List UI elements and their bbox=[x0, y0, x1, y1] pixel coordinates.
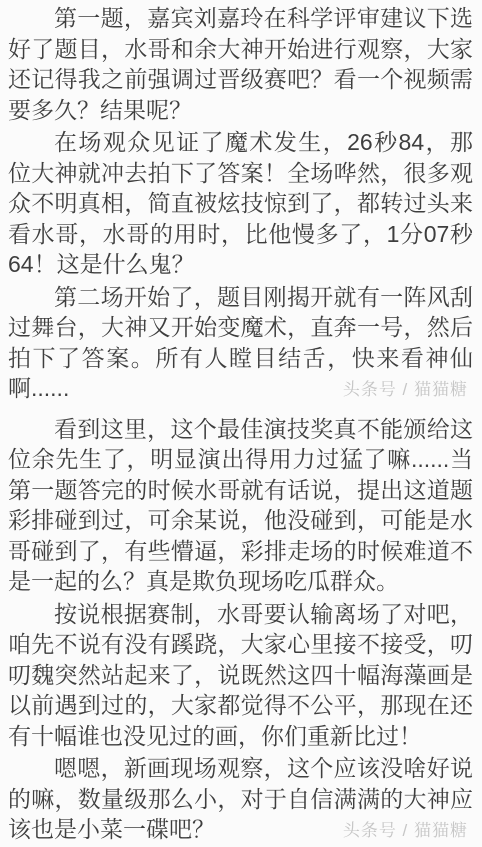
article-body: 第一题，嘉宾刘嘉玲在科学评审建议下选好了题目，水哥和余大神开始进行观察，大家还记… bbox=[0, 0, 482, 845]
paragraph-group-with-watermark: 嗯嗯，新画现场观察，这个应该没啥好说的嘛，数量级那么小，对于自信满满的大神应该也… bbox=[8, 753, 473, 845]
article-paragraph-1: 第一题，嘉宾刘嘉玲在科学评审建议下选好了题目，水哥和余大神开始进行观察，大家还记… bbox=[8, 3, 473, 125]
article-paragraph-6: 嗯嗯，新画现场观察，这个应该没啥好说的嘛，数量级那么小，对于自信满满的大神应该也… bbox=[8, 753, 473, 845]
article-paragraph-4: 看到这里，这个最佳演技奖真不能颁给这位余先生了，明显演出得用力过猛了嘛.....… bbox=[8, 414, 473, 597]
article-paragraph-5: 按说根据赛制，水哥要认输离场了对吧，咱先不说有没有蹊跷，大家心里接不接受，叨叨魏… bbox=[8, 599, 473, 752]
article-paragraph-3: 第二场开始了，题目刚揭开就有一阵风刮过舞台，大神又开始变魔术，直奔一号，然后拍下… bbox=[8, 282, 473, 404]
paragraph-group-with-watermark: 第二场开始了，题目刚揭开就有一阵风刮过舞台，大神又开始变魔术，直奔一号，然后拍下… bbox=[8, 282, 473, 404]
article-page: { "article": { "paragraphs": [ "第一题，嘉宾刘嘉… bbox=[0, 0, 482, 847]
article-paragraph-2: 在场观众见证了魔术发生，26秒84，那位大神就冲去拍下了答案！全场哗然，很多观众… bbox=[8, 127, 473, 280]
